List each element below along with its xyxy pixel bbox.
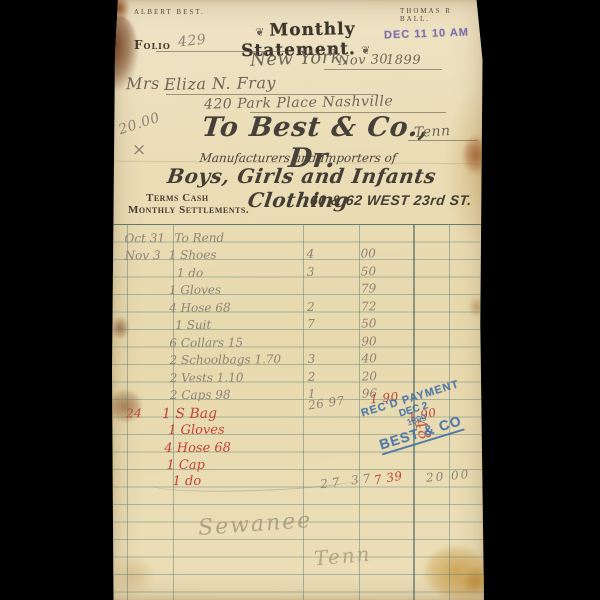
photo-of-statement: ALBERT BEST. THOMAS R BALL. ❦ Monthly St…	[0, 0, 600, 600]
entry-cents: 20	[362, 369, 408, 383]
entry-desc: 6 Collars 15	[169, 335, 299, 350]
entry-cents: 50	[361, 316, 407, 330]
entry-desc: 4 Hose 68	[164, 440, 294, 456]
terms-line-1: Terms Cash	[146, 192, 209, 204]
entry-cents: 72	[361, 299, 407, 313]
entry-desc: 1 S Bag	[162, 405, 292, 422]
entry-cents: 50	[361, 264, 407, 278]
entry-desc: 1 Gloves	[169, 282, 299, 297]
margin-cross-mark: ×	[132, 140, 147, 160]
entry-desc: 1 Gloves	[168, 422, 298, 438]
ledger-row: 1 Suit750	[111, 315, 483, 335]
entry-cents: 40	[361, 351, 407, 365]
entry-dollars: 3	[307, 265, 353, 279]
suffix-underline	[408, 130, 478, 141]
partner-name-left: ALBERT BEST.	[134, 8, 205, 16]
ledger-grid: Oct 31To Rend Nov 31 Shoes400 1 do350 1 …	[112, 224, 484, 600]
street-address: 60 & 62 WEST 23rd ST.	[309, 192, 473, 208]
margin-amount: 20.00	[117, 110, 162, 138]
received-date-stamp: DEC 11 10 AM	[384, 27, 469, 42]
entry-desc: 4 Hose 68	[169, 300, 299, 315]
terms-line-2: Monthly Settlements.	[128, 204, 249, 216]
ledger-row: 1 Gloves79	[111, 280, 483, 300]
entry-dollars: 3	[307, 352, 353, 366]
entry-desc: 2 Caps 98	[170, 387, 300, 402]
entry-cents: 00	[361, 246, 407, 260]
stain-corner	[108, 0, 130, 22]
customer-prefix: Mrs	[126, 74, 160, 94]
footer-state: Tenn	[313, 542, 372, 571]
entry-desc: 1 do	[177, 265, 307, 280]
entry-dollars: 7	[307, 317, 353, 331]
entry-desc: 2 Schoolbags 1.70	[169, 352, 299, 367]
entry-desc: To Rend	[174, 230, 304, 245]
entry-dollars: 2	[308, 370, 354, 384]
customer-underline	[166, 82, 378, 95]
entry-cents: 79	[361, 281, 407, 295]
entry-desc: 1 Suit	[175, 317, 305, 332]
statement-paper: ALBERT BEST. THOMAS R BALL. ❦ Monthly St…	[112, 0, 484, 600]
entry-desc: 2 Vests 1.10	[170, 370, 300, 385]
entry-dollars: 4	[307, 247, 353, 261]
ledger-row: Nov 31 Shoes400	[111, 245, 483, 265]
flourish-left-icon: ❦	[255, 26, 264, 39]
ledger-row: 2 Schoolbags 1.70340	[111, 350, 483, 370]
date-underline	[324, 56, 442, 70]
entry-date: Nov 3	[125, 248, 171, 262]
rust-stain-right	[462, 136, 490, 174]
entry-desc: 1 Shoes	[169, 247, 299, 262]
entry-dollars: 2	[307, 300, 353, 314]
entry-cents: 90	[361, 334, 407, 348]
entry-date: Oct 31	[124, 231, 170, 245]
